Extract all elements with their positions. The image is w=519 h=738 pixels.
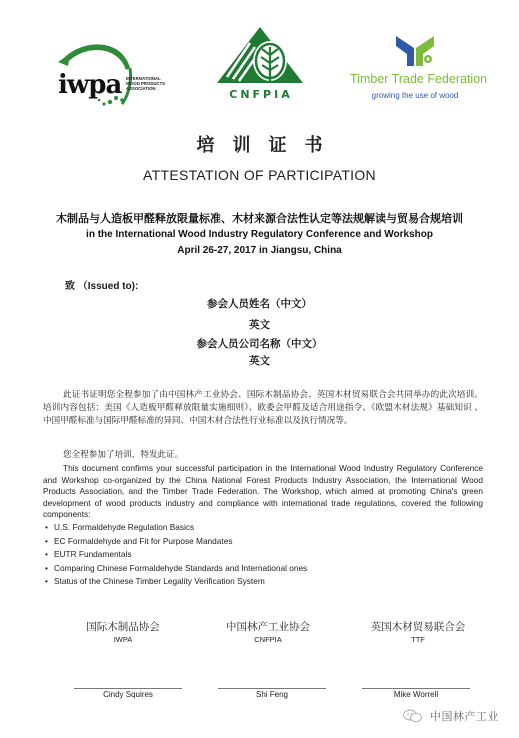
body-paragraph-en: This document confirms your successful p… [43,463,483,521]
participant-company-cn: 参会人员公司名称（中文） [0,336,519,351]
iwpa-logo: iwpa INTERNATIONAL WOOD PRODUCTS ASSOCIA… [52,38,167,110]
list-item: EUTR Fundamentals [45,548,307,562]
org-name-cn: 国际木制品协会 [53,619,193,634]
cnfpia-wordmark: CNFPIA [219,88,303,101]
wechat-icon [402,709,424,723]
cnfpia-tree-triangle-logo-icon [215,25,305,87]
wechat-watermark: 中国林产工业 [402,708,499,724]
list-item: Comparing Chinese Formaldehyde Standards… [45,562,307,576]
body-paragraph-cn: 此证书证明您全程参加了由中国林产工业协会、国际木制品协会、英国木材贸易联合会共同… [43,388,483,427]
watermark-text: 中国林产工业 [430,708,499,724]
course-title-en: in the International Wood Industry Regul… [0,229,519,240]
issued-to-label: 致 （Issued to): [65,277,138,292]
body-closing-cn: 您全程参加了培训，特发此证。 [43,448,483,461]
ttf-logo: Timber Trade Federation growing the use … [350,32,480,107]
certificate-title-cn: 培训证书 [0,131,519,157]
participant-company-en: 英文 [0,353,519,368]
org-name-cn: 英国木材贸易联合会 [348,619,488,634]
iwpa-subtitle: INTERNATIONAL WOOD PRODUCTS ASSOCIATION [126,76,165,91]
signature-line-ttf: Mike Worrell [362,688,470,699]
org-name-cn: 中国林产工业协会 [198,619,338,634]
org-name-en: IWPA [53,635,193,644]
iwpa-wordmark: iwpa [58,70,121,100]
course-title-cn: 木制品与人造板甲醛释放限量标准、木材来源合法性认定等法规解读与贸易合规培训 [0,210,519,226]
signature-line-iwpa: Cindy Squires [74,688,182,699]
organization-ttf: 英国木材贸易联合会 TTF [348,619,488,644]
org-name-en: TTF [348,635,488,644]
ttf-tagline: growing the use of wood [350,91,480,100]
ttf-logo-icon [350,32,480,72]
org-name-en: CNFPIA [198,635,338,644]
cnfpia-logo: CNFPIA [215,25,305,105]
course-date: April 26-27, 2017 in Jiangsu, China [0,245,519,256]
certificate-title-en: ATTESTATION OF PARTICIPATION [0,167,519,183]
organization-cnfpia: 中国林产工业协会 CNFPIA [198,619,338,644]
list-item: EC Formaldehyde and Fit for Purpose Mand… [45,535,307,549]
list-item: U.S. Formaldehyde Regulation Basics [45,521,307,535]
participant-name-en: 英文 [0,317,519,332]
signature-line-cnfpia: Shi Feng [218,688,326,699]
participant-name-cn: 参会人员姓名（中文） [0,296,519,311]
components-list: U.S. Formaldehyde Regulation Basics EC F… [45,521,307,589]
list-item: Status of the Chinese Timber Legality Ve… [45,575,307,589]
ttf-name: Timber Trade Federation [350,72,480,86]
organization-iwpa: 国际木制品协会 IWPA [53,619,193,644]
